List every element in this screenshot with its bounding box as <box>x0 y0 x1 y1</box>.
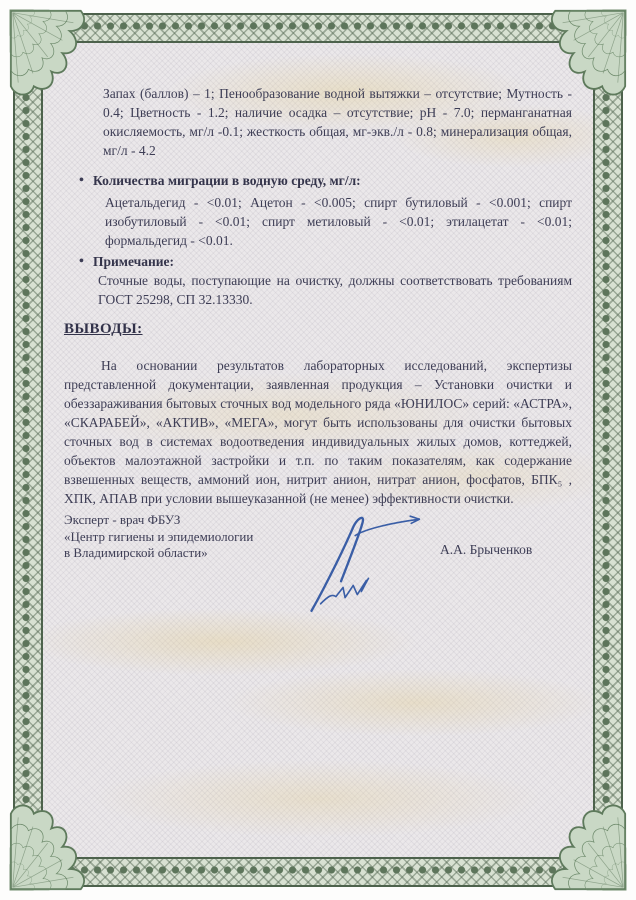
note-heading: Примечание: <box>93 252 174 271</box>
note-list-item: • Примечание: <box>64 252 572 271</box>
migration-list-item: • Количества миграции в водную среду, мг… <box>64 171 572 190</box>
migration-heading: Количества миграции в водную среду, мг/л… <box>93 171 361 190</box>
conclusions-heading: ВЫВОДЫ: <box>64 320 572 339</box>
migration-values: Ацетальдегид - <0.01; Ацетон - <0.005; с… <box>105 193 572 250</box>
border-band-right <box>593 13 623 887</box>
signature-block: Эксперт - врач ФБУЗ «Центр гигиены и эпи… <box>64 512 572 632</box>
border-band-bottom <box>13 857 623 887</box>
corner-ornament-bottom-left <box>9 799 101 891</box>
document-page: { "document": { "kind": "scanned expert … <box>0 0 636 900</box>
conclusions-paragraph: На основании результатов лабораторных ис… <box>64 356 572 508</box>
note-text: Сточные воды, поступающие на очистку, до… <box>98 271 572 309</box>
bullet-icon: • <box>79 252 93 271</box>
border-band-left <box>13 13 43 887</box>
corner-ornament-bottom-right <box>535 799 627 891</box>
water-quality-paragraph: Запах (баллов) – 1; Пенообразование водн… <box>103 84 572 160</box>
document-content: Запах (баллов) – 1; Пенообразование водн… <box>64 84 572 632</box>
expert-name: А.А. Брыченков <box>440 540 532 559</box>
bullet-icon: • <box>79 171 93 190</box>
handwritten-signature <box>302 506 437 618</box>
border-band-top <box>13 13 623 43</box>
